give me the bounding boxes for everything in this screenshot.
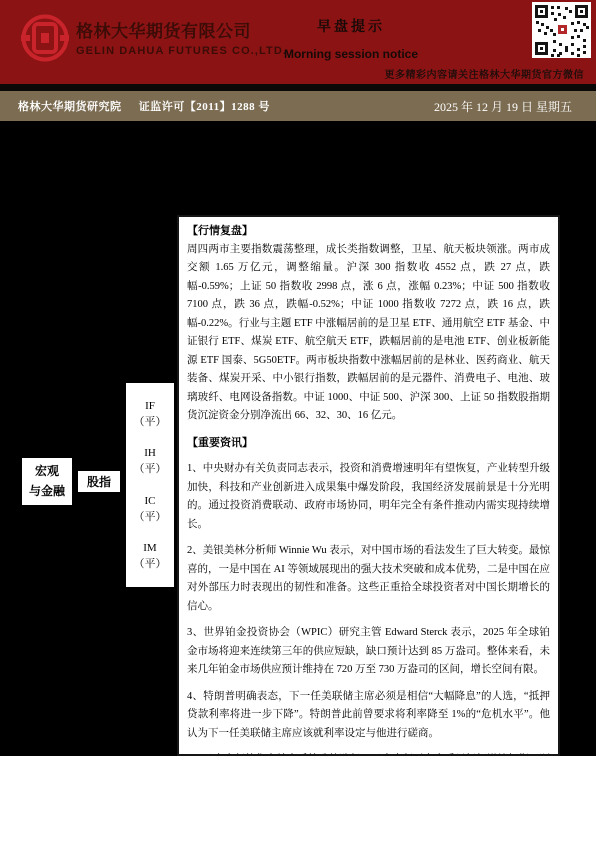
notice-title-cn: 早盘提示 <box>276 16 426 36</box>
wechat-qr-code <box>532 2 591 58</box>
section-title-market-review: 【行情复盘】 <box>187 222 550 241</box>
company-name-cn: 格林大华期货有限公司 <box>76 17 287 42</box>
category-macro-finance: 宏观 与金融 <box>22 458 72 505</box>
contract-item-if: IF （平） <box>126 398 174 430</box>
news-item-5: 5、日本央行的焦点转向后续政策路径。日本央行需在多重目标间谨慎权衡：既要通过暗示… <box>187 751 550 756</box>
category-line-1: 宏观 <box>35 465 59 478</box>
notice-title-block: 早盘提示 Morning session notice <box>276 16 426 61</box>
news-item-4: 4、特朗普明确表态，下一任美联储主席必须是相信“大幅降息”的人选，“抵押贷款利率… <box>187 688 550 744</box>
company-logo-icon <box>20 13 70 63</box>
market-review-text: 周四两市主要指数震荡整理，成长类指数调整，卫星、航天板块领涨。两市成交额 1.6… <box>187 241 550 426</box>
body-background: 宏观 与金融 股指 IF （平） IH （平） IC （平） IM （平） 【行… <box>0 121 596 756</box>
contract-stance: （平） <box>126 461 174 477</box>
company-name-block: 格林大华期货有限公司 GELIN DAHUA FUTURES CO.,LTD. <box>76 17 287 57</box>
contract-stance-list: IF （平） IH （平） IC （平） IM （平） <box>126 383 174 587</box>
section-title-key-news: 【重要资讯】 <box>187 434 550 453</box>
wechat-follow-note: 更多精彩内容请关注格林大华期货官方微信 <box>385 66 585 81</box>
contract-item-im: IM （平） <box>126 540 174 572</box>
category-stock-index: 股指 <box>78 471 120 492</box>
news-item-3: 3、世界铂金投资协会（WPIC）研究主管 Edward Sterck 表示，20… <box>187 624 550 680</box>
contract-code: IM <box>126 540 174 556</box>
report-content-box: 【行情复盘】 周四两市主要指数震荡整理，成长类指数调整，卫星、航天板块领涨。两市… <box>177 215 560 756</box>
contract-item-ih: IH （平） <box>126 445 174 477</box>
report-date: 2025 年 12 月 19 日 星期五 <box>434 98 572 115</box>
contract-stance: （平） <box>126 556 174 572</box>
company-name-en: GELIN DAHUA FUTURES CO.,LTD. <box>76 45 287 57</box>
category-line-2: 与金融 <box>29 485 65 498</box>
license-number-label: 证监许可【2011】1288 号 <box>139 101 270 113</box>
contract-code: IF <box>126 398 174 414</box>
news-item-2: 2、美银美林分析师 Winnie Wu 表示，对中国市场的看法发生了巨大转变。最… <box>187 542 550 616</box>
contract-code: IC <box>126 493 174 509</box>
contract-code: IH <box>126 445 174 461</box>
contract-item-ic: IC （平） <box>126 493 174 525</box>
notice-title-en: Morning session notice <box>276 47 426 61</box>
info-bar: 格林大华期货研究院 证监许可【2011】1288 号 2025 年 12 月 1… <box>0 91 596 121</box>
morning-report-page: 格林大华期货有限公司 GELIN DAHUA FUTURES CO.,LTD. … <box>0 0 596 842</box>
masthead: 格林大华期货有限公司 GELIN DAHUA FUTURES CO.,LTD. … <box>0 0 596 84</box>
contract-stance: （平） <box>126 414 174 430</box>
contract-stance: （平） <box>126 509 174 525</box>
research-institute-label: 格林大华期货研究院 <box>18 101 122 113</box>
news-item-1: 1、中央财办有关负责同志表示，投资和消费增速明年有望恢复，产业转型升级加快，科技… <box>187 460 550 534</box>
masthead-divider <box>0 84 596 91</box>
institute-license-block: 格林大华期货研究院 证监许可【2011】1288 号 <box>18 98 270 114</box>
